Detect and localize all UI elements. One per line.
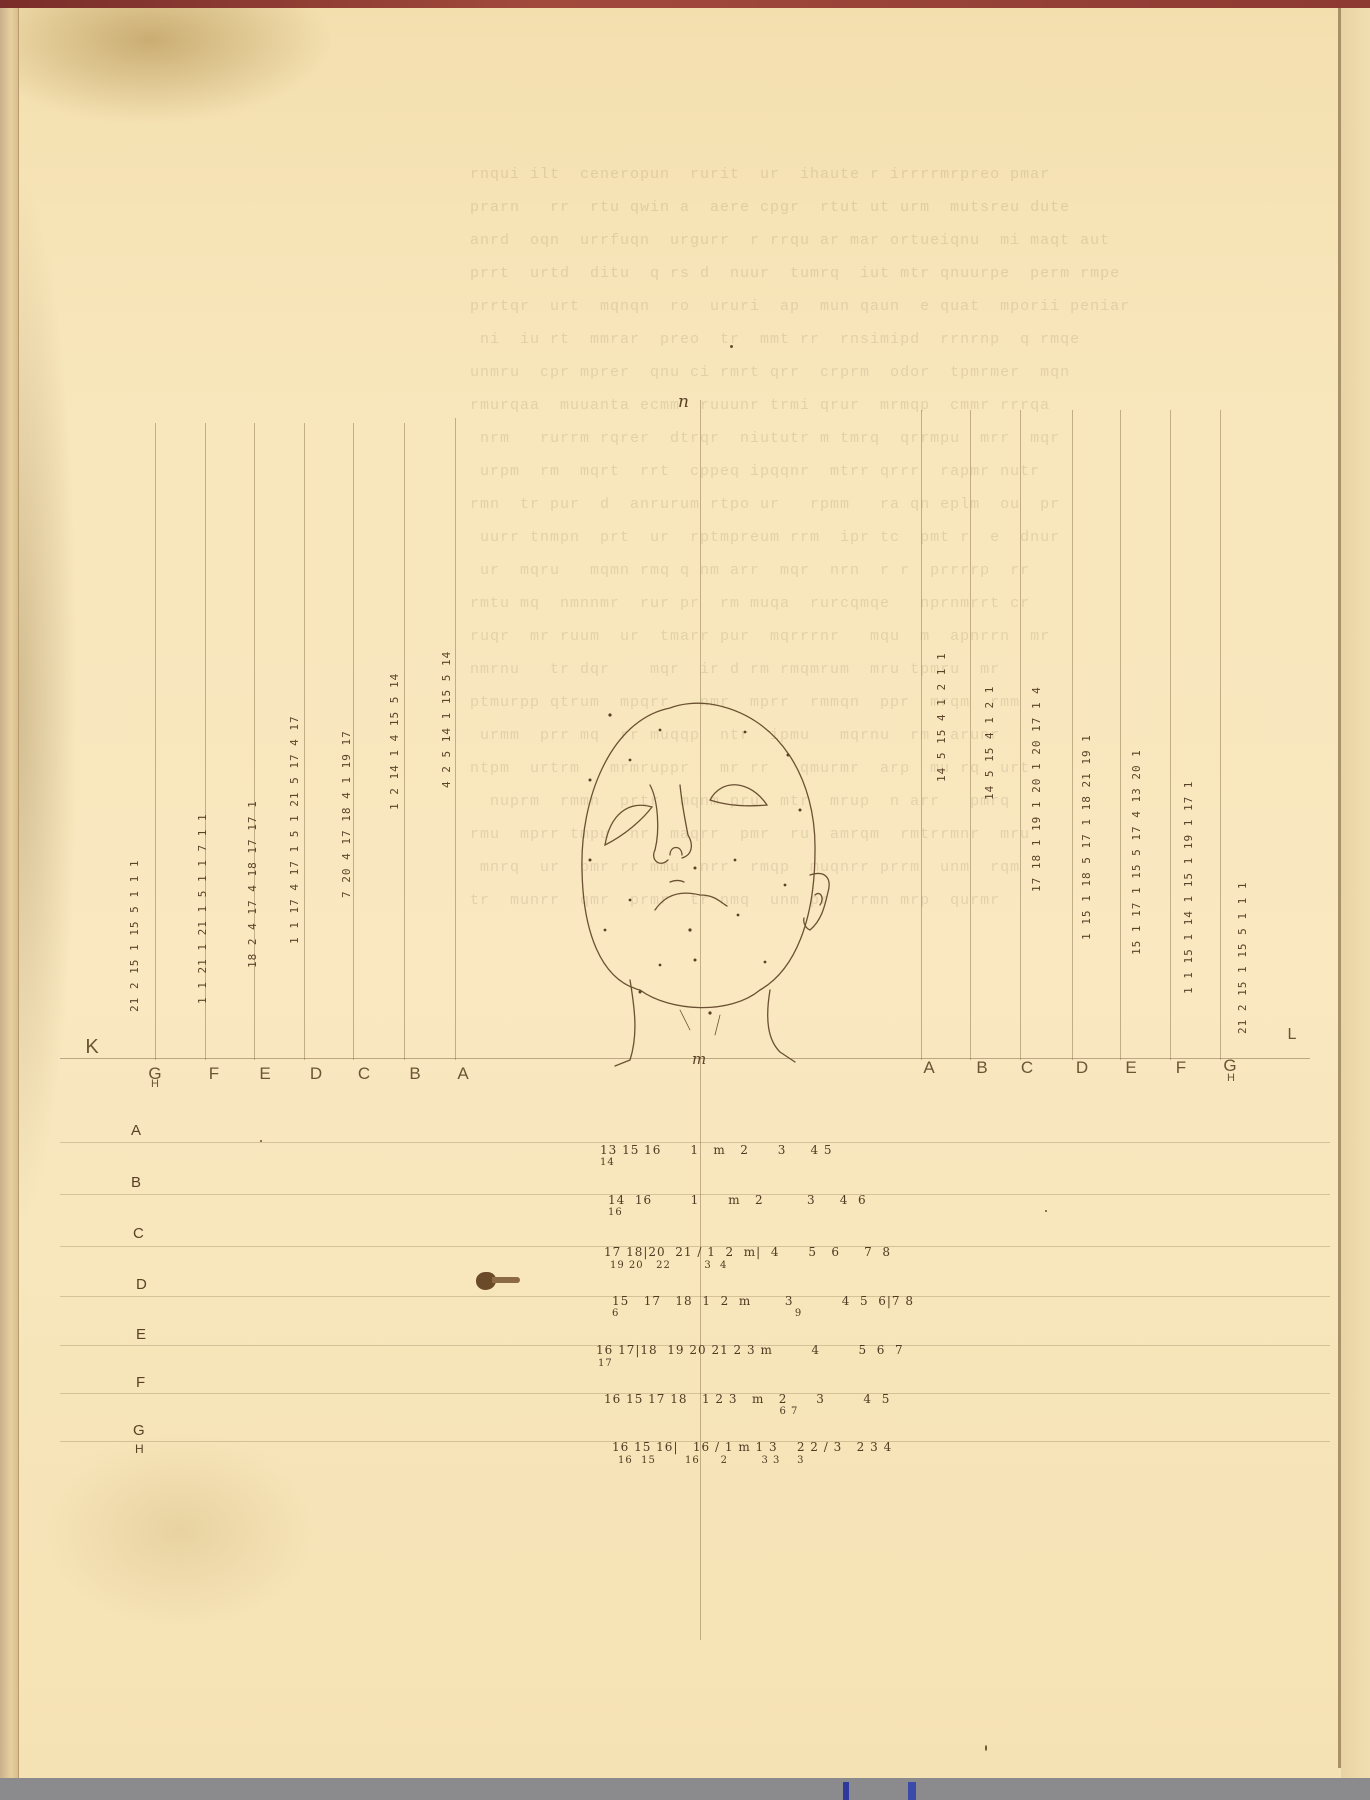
table-row-A-sub: 14 <box>600 1157 615 1168</box>
table-row-D: 15 17 18 1 2 m 3 4 5 6|7 8 <box>612 1294 914 1308</box>
mark-n: n <box>678 392 689 412</box>
row-label-G: G <box>133 1422 145 1439</box>
column-line-G-right <box>1220 410 1221 1060</box>
annotation-column-D-left: 1 1 17 4 17 1 5 1 21 5 17 4 17 <box>288 715 301 944</box>
annotation-column-C-right: 17 18 1 19 1 20 1 20 17 1 4 <box>1030 686 1043 892</box>
annotation-column-B-right: 14 5 15 4 1 2 1 <box>983 686 996 800</box>
column-line-B-left <box>404 423 405 1060</box>
col-label-D-right: D <box>1076 1058 1088 1078</box>
table-row-E: 16 17|18 19 20 21 2 3 m 4 5 6 7 <box>596 1343 904 1357</box>
mark-L: L <box>1288 1026 1297 1044</box>
column-line-C-left <box>353 423 354 1060</box>
col-label-H-left: H <box>151 1078 159 1090</box>
col-label-A-right: A <box>923 1058 934 1078</box>
table-row-G-sub: 16 15 16 2 3 3 3 <box>618 1455 804 1466</box>
table-row-F: 16 15 17 18 1 2 3 m 2 3 4 5 <box>604 1392 890 1406</box>
annotation-column-A-left: 4 2 5 14 1 15 5 14 <box>440 651 453 788</box>
annotation-column-B-left: 1 2 14 1 4 15 5 14 <box>388 673 401 810</box>
column-line-C-right <box>1020 410 1021 1060</box>
next-page-edge <box>1341 8 1370 1778</box>
row-label-C: C <box>133 1225 144 1242</box>
col-label-F-right: F <box>1176 1058 1186 1078</box>
ink-blot-smear <box>492 1277 520 1283</box>
col-label-H-right: H <box>1227 1072 1235 1084</box>
ink-speck <box>260 1140 262 1142</box>
table-row-C-sub: 19 20 22 3 4 <box>610 1260 727 1271</box>
book-binding-top <box>0 0 1370 8</box>
row-label-H: H <box>135 1442 144 1456</box>
row-label-E: E <box>136 1326 146 1343</box>
col-label-F-left: F <box>209 1064 219 1084</box>
annotation-column-D-right: 1 15 1 18 5 17 1 18 21 19 1 <box>1080 734 1093 940</box>
annotation-column-F-right: 1 1 15 1 14 1 15 1 19 1 17 1 <box>1182 781 1195 994</box>
column-line-D-left <box>304 423 305 1060</box>
annotation-column-G-left: 21 2 15 1 15 5 1 1 1 <box>128 860 141 1012</box>
column-line-F-right <box>1170 410 1171 1060</box>
table-row-D-sub: 6 9 <box>612 1308 802 1319</box>
table-row-B: 14 16 1 m 2 3 4 6 <box>608 1193 867 1207</box>
table-row-F-sub: 6 7 <box>604 1406 798 1417</box>
table-row-G: 16 15 16| 16 / 1 m 1 3 2 2 / 3 2 3 4 <box>612 1440 892 1454</box>
col-label-E-right: E <box>1125 1058 1136 1078</box>
table-row-E-sub: 17 <box>598 1358 613 1369</box>
annotation-column-E-right: 15 1 17 1 15 5 17 4 13 20 1 <box>1130 749 1143 955</box>
annotation-column-E-left: 18 2 4 17 4 18 17 17 1 <box>246 800 259 968</box>
table-row-B-sub: 16 <box>608 1207 623 1218</box>
ink-speck <box>730 345 733 348</box>
ink-speck <box>985 1745 987 1751</box>
table-row-A: 13 15 16 1 m 2 3 4 5 <box>600 1143 833 1157</box>
bookmark-tab <box>843 1782 849 1800</box>
row-label-A: A <box>131 1122 141 1139</box>
mark-K: K <box>85 1036 98 1059</box>
col-label-C-left: C <box>358 1064 370 1084</box>
annotation-column-A-right: 14 5 15 4 1 2 1 1 <box>935 652 948 782</box>
column-line-E-right <box>1120 410 1121 1060</box>
bookmark-tab <box>908 1782 916 1800</box>
column-line-A-right <box>921 410 922 1060</box>
annotation-column-G-right: 21 2 15 1 15 5 1 1 1 <box>1236 882 1249 1034</box>
annotation-column-C-left: 7 20 4 17 18 4 1 19 17 <box>340 730 353 898</box>
ink-speck <box>1045 1210 1047 1212</box>
row-label-D: D <box>136 1276 147 1293</box>
row-label-F: F <box>136 1374 145 1391</box>
column-line-A-left <box>455 418 456 1060</box>
page-stack-left-edge <box>0 8 19 1778</box>
column-line-D-right <box>1072 410 1073 1060</box>
annotation-column-F-left: 1 1 21 1 21 1 5 1 1 7 1 1 <box>196 813 209 1004</box>
column-line-B-right <box>970 410 971 1060</box>
col-label-E-left: E <box>259 1064 270 1084</box>
col-label-B-left: B <box>409 1064 420 1084</box>
col-label-C-right: C <box>1021 1058 1033 1078</box>
table-row-C: 17 18|20 21 / 1 2 m| 4 5 6 7 8 <box>604 1245 891 1259</box>
scan-background <box>0 1778 1370 1800</box>
head-outline-drawing <box>570 690 850 1070</box>
column-line-G-left <box>155 423 156 1060</box>
col-label-D-left: D <box>310 1064 322 1084</box>
col-label-A-left: A <box>457 1064 468 1084</box>
row-label-B: B <box>131 1174 141 1191</box>
col-label-B-right: B <box>976 1058 987 1078</box>
